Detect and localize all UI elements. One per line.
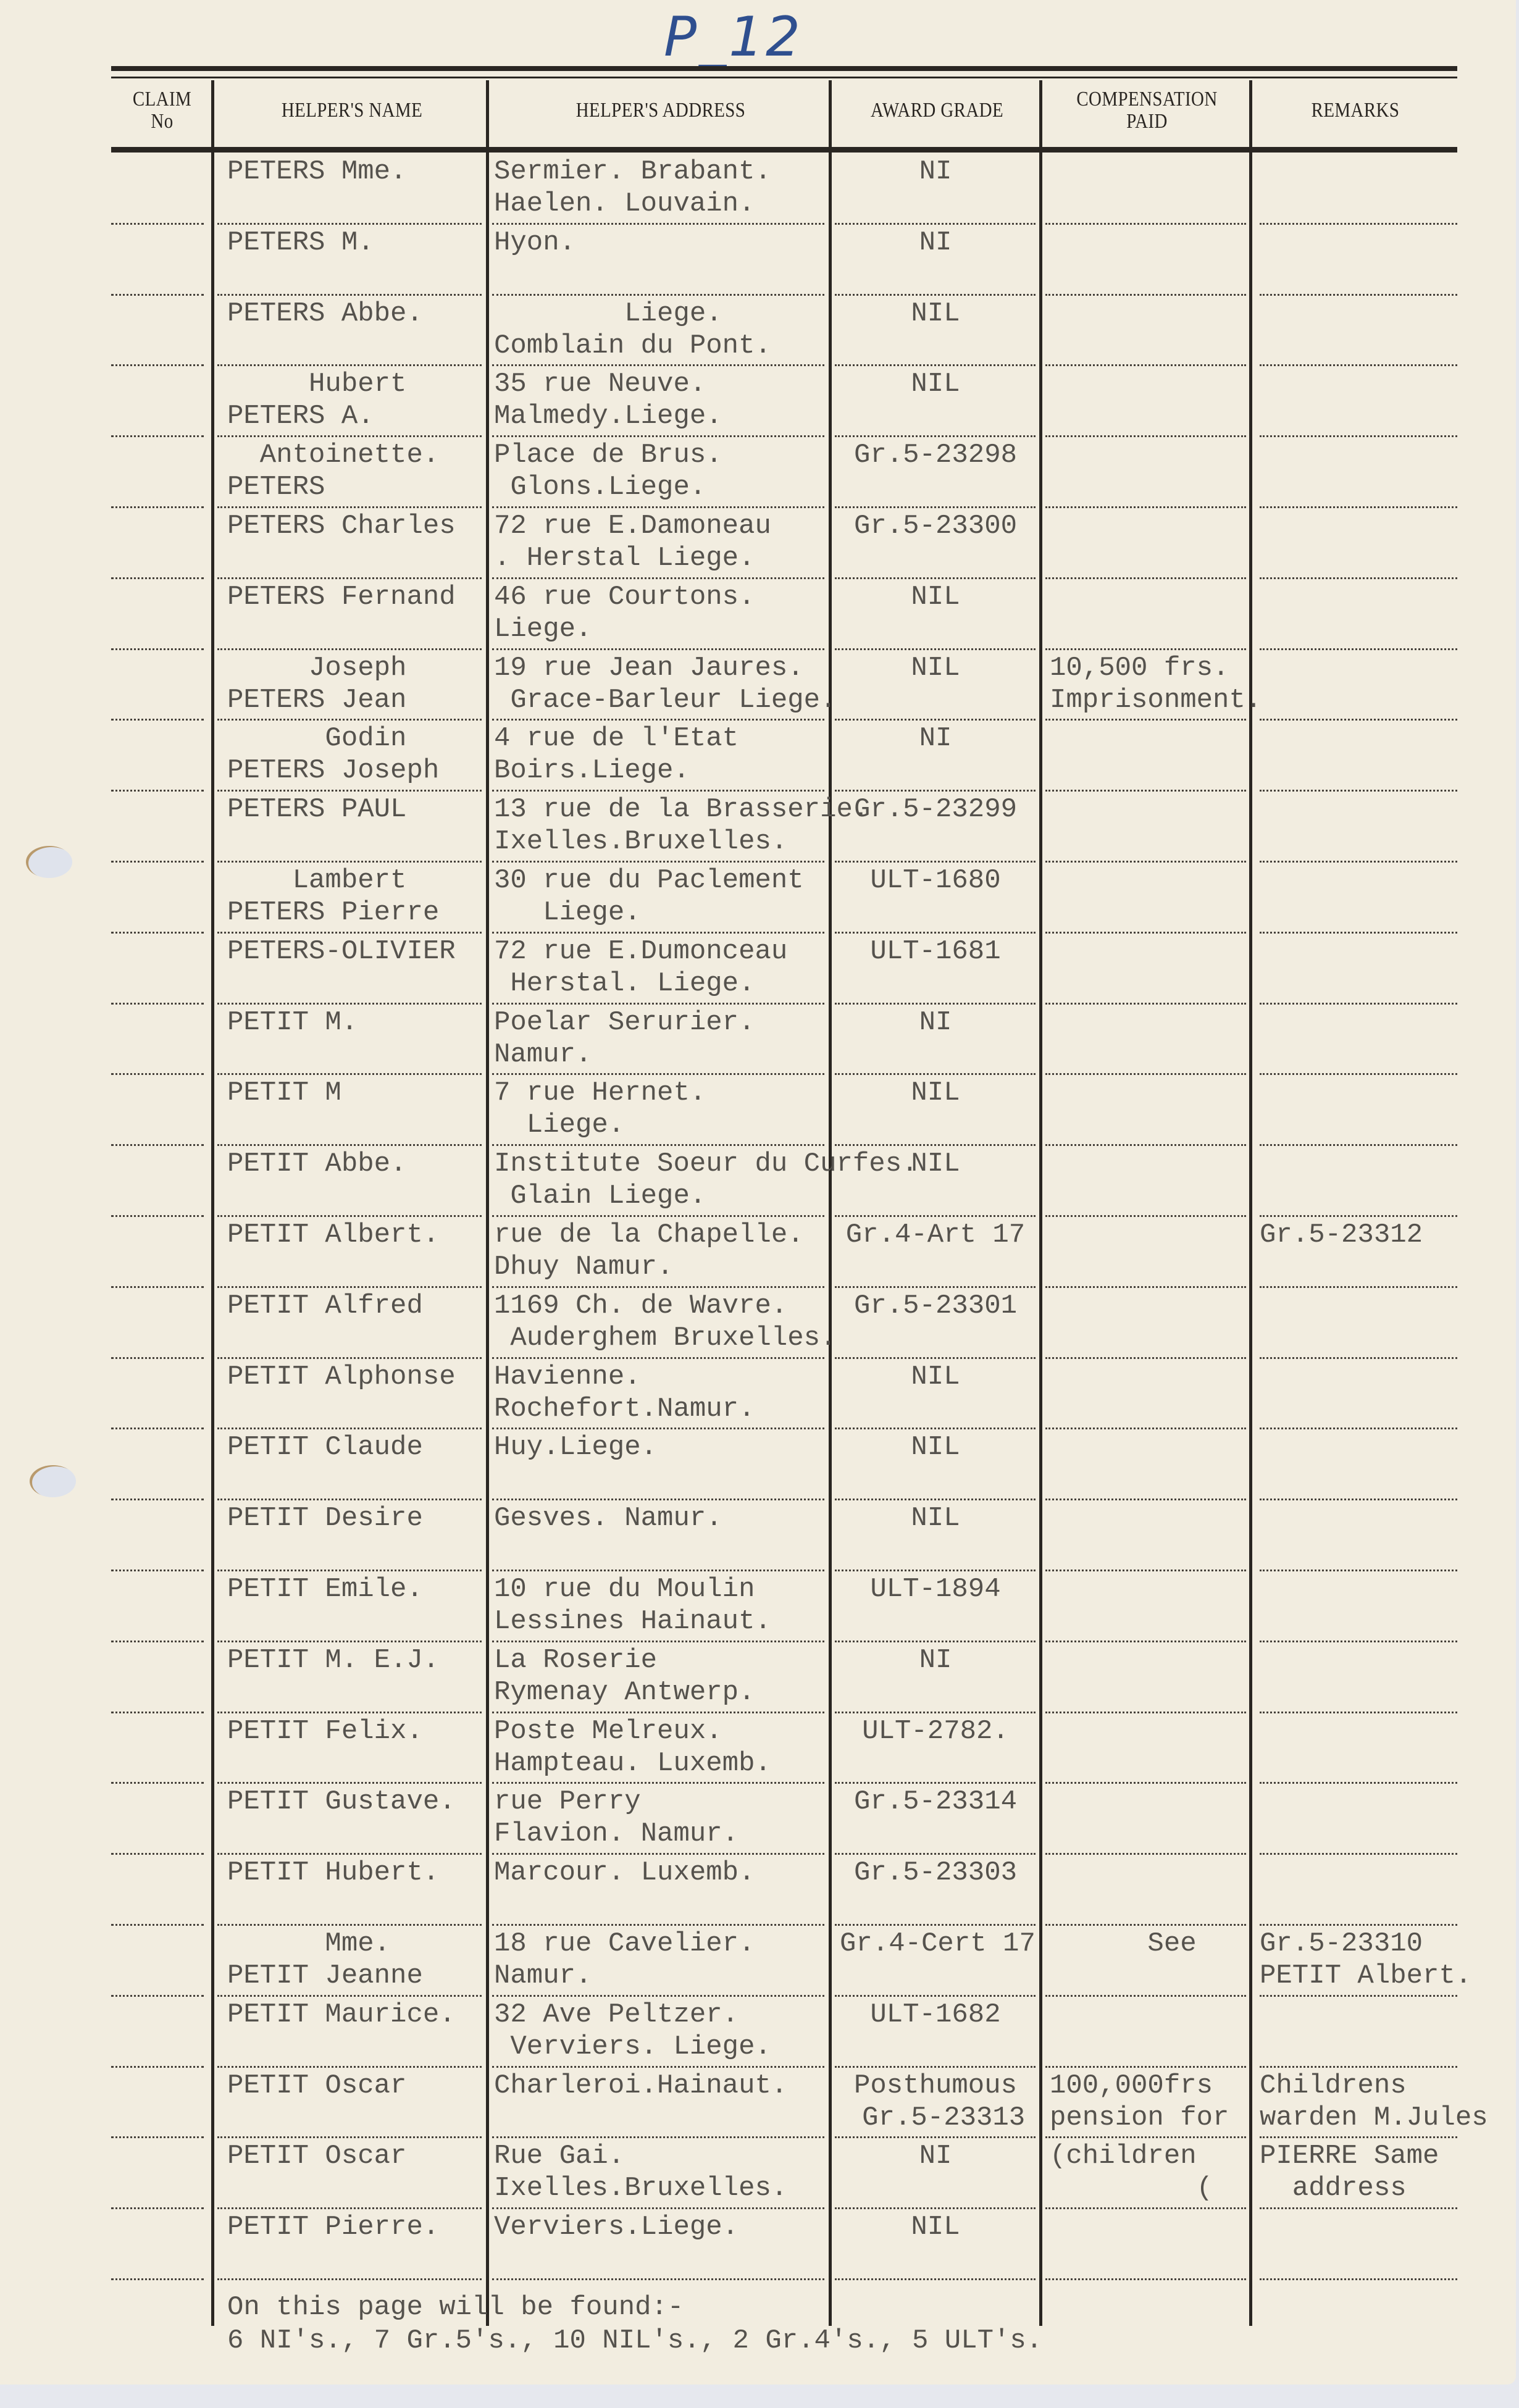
cell-line: 18 rue Cavelier.	[494, 1928, 755, 1960]
row-divider	[492, 577, 824, 579]
award-grade: NI	[840, 1644, 1031, 1676]
cell-line: Gr.4-Cert 17	[840, 1928, 1031, 1960]
row-divider	[217, 1853, 482, 1855]
row-divider	[1260, 223, 1457, 225]
cell-line: PETERS	[227, 471, 439, 503]
row-divider	[111, 1003, 204, 1005]
helper-name: HubertPETERS A.	[227, 368, 406, 432]
column-rule	[829, 80, 832, 148]
cell-line: PETERS Fernand	[227, 581, 456, 613]
table-row: PETERS Abbe. Liege.Comblain du Pont. NIL	[0, 296, 1516, 367]
cell-line: Gr.5-23300	[840, 510, 1031, 542]
row-divider	[111, 1073, 204, 1075]
row-divider	[835, 294, 1036, 296]
cell-line: Verviers.Liege.	[494, 2211, 739, 2243]
helper-address: 32 Ave Peltzer. Verviers. Liege.	[494, 1999, 771, 2063]
row-divider	[835, 1924, 1036, 1926]
helper-address: 72 rue E.Damoneau. Herstal Liege.	[494, 510, 771, 574]
row-divider	[492, 861, 824, 863]
row-divider	[835, 1073, 1036, 1075]
helper-name: PETIT Pierre.	[227, 2211, 439, 2243]
row-divider	[1260, 294, 1457, 296]
row-divider	[492, 1499, 824, 1500]
row-divider	[492, 1144, 824, 1146]
helper-name: PETIT Oscar	[227, 2070, 406, 2102]
row-divider	[492, 1782, 824, 1784]
cell-line: NIL	[840, 1502, 1031, 1534]
row-divider	[111, 861, 204, 863]
award-grade: ULT-1681	[840, 935, 1031, 968]
helper-address: Charleroi.Hainaut.	[494, 2070, 787, 2102]
row-divider	[111, 1144, 204, 1146]
row-divider	[835, 435, 1036, 437]
cell-line: Boirs.Liege.	[494, 755, 739, 787]
cell-line: Rue Gai.	[494, 2140, 787, 2172]
helper-name: PETIT M	[227, 1077, 341, 1109]
cell-line: PETIT Hubert.	[227, 1857, 439, 1889]
cell-line: 72 rue E.Dumonceau	[494, 935, 787, 968]
award-grade: NIL	[840, 1502, 1031, 1534]
helper-name: PETIT Gustave.	[227, 1786, 456, 1818]
helper-name: PETERS Charles	[227, 510, 456, 542]
award-grade: NIL	[840, 1077, 1031, 1109]
row-divider	[217, 1641, 482, 1642]
row-divider	[217, 435, 482, 437]
helper-address: Poelar Serurier.Namur.	[494, 1006, 755, 1071]
remarks: Gr.5-23312	[1260, 1219, 1423, 1251]
column-rule	[1039, 80, 1042, 148]
cell-line: Gr.5-23312	[1260, 1219, 1423, 1251]
cell-line: Grace-Barleur Liege.	[494, 684, 837, 716]
helper-address: Havienne.Rochefort.Namur.	[494, 1361, 755, 1425]
row-divider	[492, 648, 824, 650]
row-divider	[1260, 2207, 1457, 2209]
row-divider	[835, 1357, 1036, 1359]
row-divider	[1260, 932, 1457, 934]
cell-line: Antoinette.	[227, 439, 439, 471]
helper-address: 1169 Ch. de Wavre. Auderghem Bruxelles.	[494, 1290, 837, 1354]
row-divider	[217, 1073, 482, 1075]
row-divider	[217, 1782, 482, 1784]
row-divider	[492, 1286, 824, 1288]
cell-line: NIL	[840, 298, 1031, 330]
row-divider	[1260, 506, 1457, 508]
row-divider	[1045, 506, 1246, 508]
row-divider	[111, 1428, 204, 1429]
helper-name: PETIT Desire	[227, 1502, 423, 1534]
row-divider	[1045, 1570, 1246, 1571]
row-divider	[492, 1712, 824, 1713]
row-divider	[217, 1003, 482, 1005]
helper-name: LambertPETERS Pierre	[227, 864, 439, 929]
row-divider	[217, 2066, 482, 2068]
table-row: PETERS Charles 72 rue E.Damoneau. Hersta…	[0, 509, 1516, 580]
cell-line: Childrens	[1260, 2070, 1488, 2102]
award-grade: Gr.5-23300	[840, 510, 1031, 542]
row-divider	[1045, 435, 1246, 437]
cell-line: ULT-1894	[840, 1573, 1031, 1605]
row-divider	[111, 577, 204, 579]
cell-line: 46 rue Courtons.	[494, 581, 755, 613]
cell-line: PETIT M.	[227, 1006, 358, 1039]
column-rule	[1249, 80, 1252, 148]
row-divider	[1260, 2066, 1457, 2068]
row-divider	[1045, 1995, 1246, 1997]
table-row: PETIT Oscar Rue Gai.Ixelles.Bruxelles. N…	[0, 2139, 1516, 2210]
table-row: PETERS Mme. Sermier. Brabant.Haelen. Lou…	[0, 154, 1516, 225]
row-divider	[1260, 1641, 1457, 1642]
row-divider	[111, 223, 204, 225]
cell-line: Charleroi.Hainaut.	[494, 2070, 787, 2102]
row-divider	[492, 1995, 824, 1997]
row-divider	[492, 1073, 824, 1075]
header-helper-address: HELPER'S ADDRESS	[516, 74, 805, 147]
cell-line: Malmedy.Liege.	[494, 400, 722, 432]
cell-line: Auderghem Bruxelles.	[494, 1322, 837, 1354]
row-divider	[111, 1286, 204, 1288]
row-divider	[1045, 2278, 1246, 2280]
cell-line: PETIT Claude	[227, 1431, 423, 1463]
row-divider	[217, 648, 482, 650]
cell-line: PETIT Alphonse	[227, 1361, 456, 1393]
row-divider	[217, 1286, 482, 1288]
table-row: PETIT M. Poelar Serurier.Namur. NI	[0, 1005, 1516, 1076]
cell-line: NI	[840, 1644, 1031, 1676]
cell-line: Liege.	[494, 897, 804, 929]
award-grade: NIL	[840, 652, 1031, 684]
cell-line: NIL	[840, 368, 1031, 400]
row-divider	[1045, 790, 1246, 792]
cell-line: PETIT Emile.	[227, 1573, 423, 1605]
helper-address: Sermier. Brabant.Haelen. Louvain.	[494, 156, 771, 220]
helper-name: PETIT Abbe.	[227, 1148, 406, 1180]
helper-address: 30 rue du Paclement Liege.	[494, 864, 804, 929]
helper-name: PETERS Abbe.	[227, 298, 423, 330]
cell-line: 30 rue du Paclement	[494, 864, 804, 897]
cell-line: PETERS PAUL	[227, 793, 406, 826]
row-divider	[835, 648, 1036, 650]
cell-line: Gesves. Namur.	[494, 1502, 722, 1534]
row-divider	[835, 1641, 1036, 1642]
award-grade: NIL	[840, 368, 1031, 400]
award-grade: Gr.5-23301	[840, 1290, 1031, 1322]
remarks: PIERRE Same address	[1260, 2140, 1439, 2204]
row-divider	[835, 223, 1036, 225]
helper-name: PETIT Alfred	[227, 1290, 423, 1322]
cell-line: NIL	[840, 1077, 1031, 1109]
award-grade: NIL	[840, 1361, 1031, 1393]
cell-line: Poelar Serurier.	[494, 1006, 755, 1039]
row-divider	[111, 1712, 204, 1713]
table-row: PETIT M 7 rue Hernet. Liege. NIL	[0, 1076, 1516, 1147]
cell-line: Joseph	[227, 652, 406, 684]
cell-line: 13 rue de la Brasserie.	[494, 793, 869, 826]
row-divider	[492, 435, 824, 437]
row-divider	[1260, 1003, 1457, 1005]
cell-line: Marcour. Luxemb.	[494, 1857, 755, 1889]
award-grade: NI	[840, 227, 1031, 259]
cell-line: (children	[1050, 2140, 1213, 2172]
compensation-paid: 10,500 frs.Imprisonment.	[1050, 652, 1262, 716]
header-award-grade: AWARD GRADE	[849, 74, 1025, 147]
summary-line-1: On this page will be found:-	[227, 2292, 684, 2323]
cell-line: NIL	[840, 581, 1031, 613]
cell-line: PETIT Oscar	[227, 2140, 406, 2172]
cell-line: Poste Melreux.	[494, 1715, 771, 1747]
cell-line: Rymenay Antwerp.	[494, 1676, 755, 1708]
remarks: Gr.5-23310PETIT Albert.	[1260, 1928, 1471, 1992]
row-divider	[1045, 719, 1246, 721]
helper-name: PETERS PAUL	[227, 793, 406, 826]
cell-line: Verviers. Liege.	[494, 2031, 771, 2063]
cell-line: Hyon.	[494, 227, 575, 259]
table-row: PETIT Gustave. rue PerryFlavion. Namur. …	[0, 1784, 1516, 1855]
helper-address: Liege.Comblain du Pont.	[494, 298, 771, 362]
row-divider	[1260, 435, 1457, 437]
row-divider	[492, 1924, 824, 1926]
row-divider	[1260, 648, 1457, 650]
row-divider	[217, 861, 482, 863]
helper-address: 4 rue de l'EtatBoirs.Liege.	[494, 722, 739, 787]
row-divider	[111, 1641, 204, 1642]
cell-line: PETIT Alfred	[227, 1290, 423, 1322]
row-divider	[217, 1995, 482, 1997]
cell-line: 32 Ave Peltzer.	[494, 1999, 771, 2031]
row-divider	[835, 1499, 1036, 1500]
helper-name: JosephPETERS Jean	[227, 652, 406, 716]
cell-line: ULT-1681	[840, 935, 1031, 968]
page-summary: On this page will be found:- 6 NI's., 7 …	[227, 2291, 1042, 2357]
award-grade: ULT-1680	[840, 864, 1031, 897]
cell-line: La Roserie	[494, 1644, 755, 1676]
row-divider	[217, 1144, 482, 1146]
helper-name: PETIT Emile.	[227, 1573, 423, 1605]
cell-line: PETERS Charles	[227, 510, 456, 542]
cell-line: Herstal. Liege.	[494, 968, 787, 1000]
header-bottom-rule	[111, 147, 1457, 153]
row-divider	[217, 2278, 482, 2280]
row-divider	[1045, 932, 1246, 934]
row-divider	[111, 2136, 204, 2138]
row-divider	[217, 932, 482, 934]
row-divider	[492, 790, 824, 792]
header-helper-name: HELPER'S NAME	[236, 74, 467, 147]
row-divider	[1260, 2278, 1457, 2280]
row-divider	[111, 1995, 204, 1997]
row-divider	[1045, 1357, 1246, 1359]
header-remarks: REMARKS	[1269, 74, 1442, 147]
cell-line: NIL	[840, 1148, 1031, 1180]
cell-line: Ixelles.Bruxelles.	[494, 2172, 787, 2204]
cell-line: PETIT Felix.	[227, 1715, 423, 1747]
compensation-paid: 100,000frspension for	[1050, 2070, 1229, 2134]
table-row: PETIT Abbe. Institute Soeur du Curfes. G…	[0, 1147, 1516, 1218]
row-divider	[1260, 1357, 1457, 1359]
helper-address: Hyon.	[494, 227, 575, 259]
row-divider	[217, 506, 482, 508]
row-divider	[835, 1712, 1036, 1713]
row-divider	[217, 2207, 482, 2209]
helper-address: 18 rue Cavelier.Namur.	[494, 1928, 755, 1992]
cell-line: NIL	[840, 652, 1031, 684]
row-divider	[492, 2066, 824, 2068]
row-divider	[217, 1570, 482, 1571]
table-row: PETIT Felix. Poste Melreux.Hampteau. Lux…	[0, 1714, 1516, 1785]
header-compensation-paid: COMPENSATION PAID	[1059, 74, 1235, 147]
cell-line: NIL	[840, 1361, 1031, 1393]
table-row: PETERS Fernand 46 rue Courtons.Liege. NI…	[0, 580, 1516, 651]
cell-line: PETERS-OLIVIER	[227, 935, 456, 968]
cell-line: ULT-1680	[840, 864, 1031, 897]
award-grade: Gr.5-23303	[840, 1857, 1031, 1889]
row-divider	[492, 1215, 824, 1217]
row-divider	[835, 2278, 1036, 2280]
row-divider	[111, 1570, 204, 1571]
row-divider	[217, 1215, 482, 1217]
row-divider	[111, 790, 204, 792]
row-divider	[835, 2066, 1036, 2068]
cell-line: 35 rue Neuve.	[494, 368, 722, 400]
row-divider	[217, 1924, 482, 1926]
helper-address: 46 rue Courtons.Liege.	[494, 581, 755, 645]
helper-address: Verviers.Liege.	[494, 2211, 739, 2243]
cell-line: Havienne.	[494, 1361, 755, 1393]
row-divider	[835, 577, 1036, 579]
cell-line: Glain Liege.	[494, 1180, 918, 1212]
cell-line: Place de Brus.	[494, 439, 722, 471]
table-row: PETIT Albert. rue de la Chapelle.Dhuy Na…	[0, 1218, 1516, 1289]
helper-name: Antoinette.PETERS	[227, 439, 439, 503]
cell-line: Mme.	[227, 1928, 423, 1960]
award-grade: Posthumous Gr.5-23313	[840, 2070, 1031, 2134]
row-divider	[111, 2278, 204, 2280]
row-divider	[492, 719, 824, 721]
cell-line: PIERRE Same	[1260, 2140, 1439, 2172]
helper-name: PETERS Mme.	[227, 156, 406, 188]
cell-line: Gr.5-23299	[840, 793, 1031, 826]
row-divider	[1045, 861, 1246, 863]
row-divider	[111, 506, 204, 508]
award-grade: Gr.5-23299	[840, 793, 1031, 826]
cell-line: PETIT M. E.J.	[227, 1644, 439, 1676]
row-divider	[1260, 364, 1457, 366]
compensation-paid: See	[1050, 1928, 1197, 1960]
cell-line: See	[1050, 1928, 1197, 1960]
row-divider	[1260, 1499, 1457, 1500]
award-grade: Gr.4-Art 17	[840, 1219, 1031, 1251]
row-divider	[1045, 648, 1246, 650]
row-divider	[217, 364, 482, 366]
row-divider	[217, 2136, 482, 2138]
row-divider	[1260, 1853, 1457, 1855]
cell-line: Gr.5-23310	[1260, 1928, 1471, 1960]
award-grade: Gr.4-Cert 17	[840, 1928, 1031, 1960]
row-divider	[111, 648, 204, 650]
cell-line: PETIT M	[227, 1077, 341, 1109]
cell-line: PETERS Pierre	[227, 897, 439, 929]
row-divider	[835, 1853, 1036, 1855]
row-divider	[111, 1924, 204, 1926]
row-divider	[492, 1357, 824, 1359]
row-divider	[835, 1428, 1036, 1429]
row-divider	[111, 1853, 204, 1855]
award-grade: NI	[840, 722, 1031, 755]
row-divider	[1260, 1782, 1457, 1784]
row-divider	[1045, 1853, 1246, 1855]
row-divider	[1045, 1641, 1246, 1642]
cell-line: Gr.5-23313	[840, 2102, 1031, 2134]
table-row: Antoinette.PETERS Place de Brus. Glons.L…	[0, 438, 1516, 509]
row-divider	[1260, 1570, 1457, 1571]
table-row: HubertPETERS A. 35 rue Neuve.Malmedy.Lie…	[0, 367, 1516, 438]
award-grade: NIL	[840, 298, 1031, 330]
cell-line: NI	[840, 1006, 1031, 1039]
row-divider	[492, 223, 824, 225]
cell-line: warden M.Jules	[1260, 2102, 1488, 2134]
helper-address: Marcour. Luxemb.	[494, 1857, 755, 1889]
cell-line: Gr.5-23298	[840, 439, 1031, 471]
row-divider	[217, 719, 482, 721]
row-divider	[835, 861, 1036, 863]
award-grade: NI	[840, 156, 1031, 188]
row-divider	[1045, 1003, 1246, 1005]
cell-line: NI	[840, 227, 1031, 259]
helper-name: PETIT M. E.J.	[227, 1644, 439, 1676]
row-divider	[1260, 790, 1457, 792]
cell-line: Sermier. Brabant.	[494, 156, 771, 188]
cell-line: NI	[840, 2140, 1031, 2172]
cell-line: 10,500 frs.	[1050, 652, 1262, 684]
award-grade: NIL	[840, 2211, 1031, 2243]
row-divider	[835, 1003, 1036, 1005]
row-divider	[1260, 2136, 1457, 2138]
row-divider	[217, 1712, 482, 1713]
row-divider	[835, 1570, 1036, 1571]
document-page: P_12 CLAIM No HELPER'S NAME HELPER'S ADD…	[0, 0, 1516, 2385]
row-divider	[1045, 1924, 1246, 1926]
table-row: PETIT Maurice. 32 Ave Peltzer. Verviers.…	[0, 1997, 1516, 2068]
cell-line: (	[1050, 2172, 1213, 2204]
row-divider	[217, 577, 482, 579]
helper-name: PETERS-OLIVIER	[227, 935, 456, 968]
table-row: JosephPETERS Jean 19 rue Jean Jaures. Gr…	[0, 651, 1516, 722]
row-divider	[492, 294, 824, 296]
helper-name: PETERS M.	[227, 227, 374, 259]
helper-address: Rue Gai.Ixelles.Bruxelles.	[494, 2140, 787, 2204]
cell-line: 4 rue de l'Etat	[494, 722, 739, 755]
row-divider	[217, 1499, 482, 1500]
award-grade: NIL	[840, 581, 1031, 613]
row-divider	[835, 1995, 1036, 1997]
row-divider	[111, 1357, 204, 1359]
row-divider	[111, 364, 204, 366]
table-row: PETERS PAUL 13 rue de la Brasserie.Ixell…	[0, 792, 1516, 863]
row-divider	[1045, 1712, 1246, 1713]
table-row: PETERS-OLIVIER 72 rue E.Dumonceau Hersta…	[0, 934, 1516, 1005]
cell-line: 10 rue du Moulin	[494, 1573, 771, 1605]
row-divider	[835, 1286, 1036, 1288]
compensation-paid: (children (	[1050, 2140, 1213, 2204]
cell-line: PETIT Albert.	[1260, 1960, 1471, 1992]
helper-address: La RoserieRymenay Antwerp.	[494, 1644, 755, 1708]
row-divider	[1045, 2207, 1246, 2209]
table-row: PETIT Desire Gesves. Namur. NIL	[0, 1501, 1516, 1572]
row-divider	[492, 1570, 824, 1571]
row-divider	[835, 719, 1036, 721]
row-divider	[1045, 364, 1246, 366]
cell-line: Lambert	[227, 864, 439, 897]
row-divider	[835, 506, 1036, 508]
